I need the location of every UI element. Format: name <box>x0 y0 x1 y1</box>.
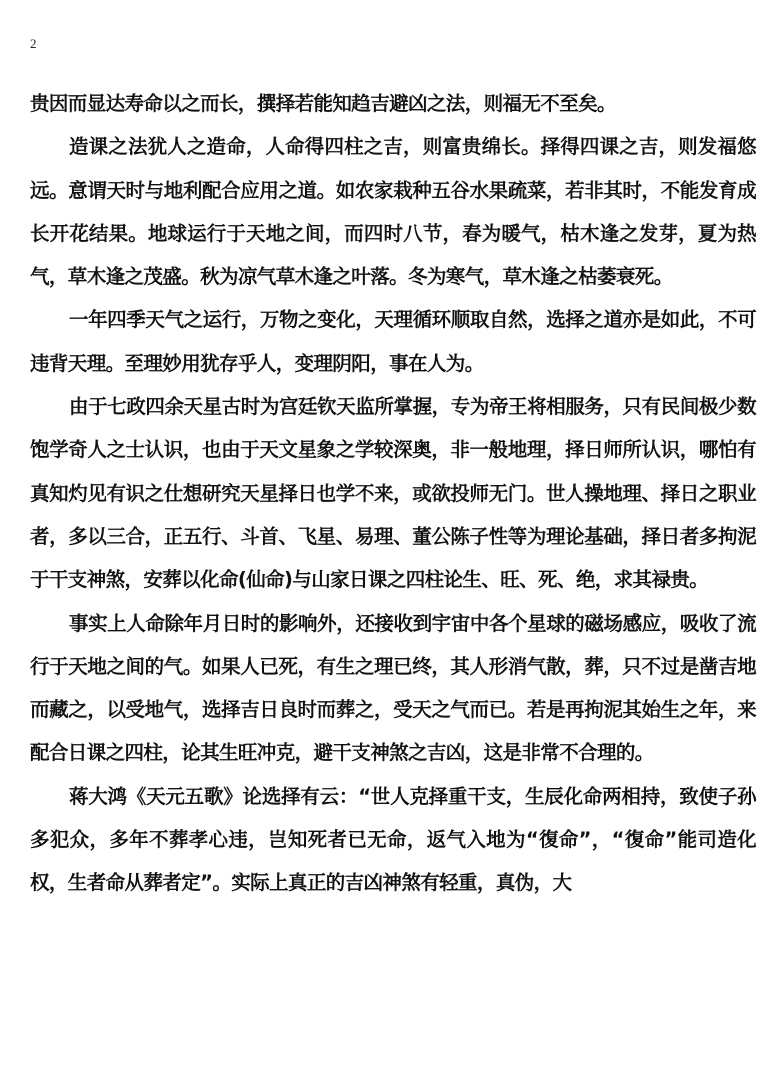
paragraph-5: 事实上人命除年月日时的影响外，还接收到宇宙中各个星球的磁场感应，吸收了流行于天地… <box>30 602 756 775</box>
page-number: 2 <box>30 36 37 52</box>
paragraph-6: 蒋大鸿《天元五歌》论选择有云：“世人克择重干支，生辰化命两相持，致使子孙多犯众，… <box>30 775 756 905</box>
paragraph-3: 一年四季天气之运行，万物之变化，天理循环顺取自然，选择之道亦是如此，不可违背天理… <box>30 298 756 385</box>
paragraph-2: 造课之法犹人之造命，人命得四柱之吉，则富贵绵长。择得四课之吉，则发福悠远。意谓天… <box>30 125 756 298</box>
paragraph-4: 由于七政四余天星古时为宫廷钦天监所掌握，专为帝王将相服务，只有民间极少数饱学奇人… <box>30 385 756 601</box>
document-body: 贵因而显达寿命以之而长，撰择若能知趋吉避凶之法，则福无不至矣。 造课之法犹人之造… <box>30 82 756 905</box>
paragraph-1: 贵因而显达寿命以之而长，撰择若能知趋吉避凶之法，则福无不至矣。 <box>30 82 756 125</box>
